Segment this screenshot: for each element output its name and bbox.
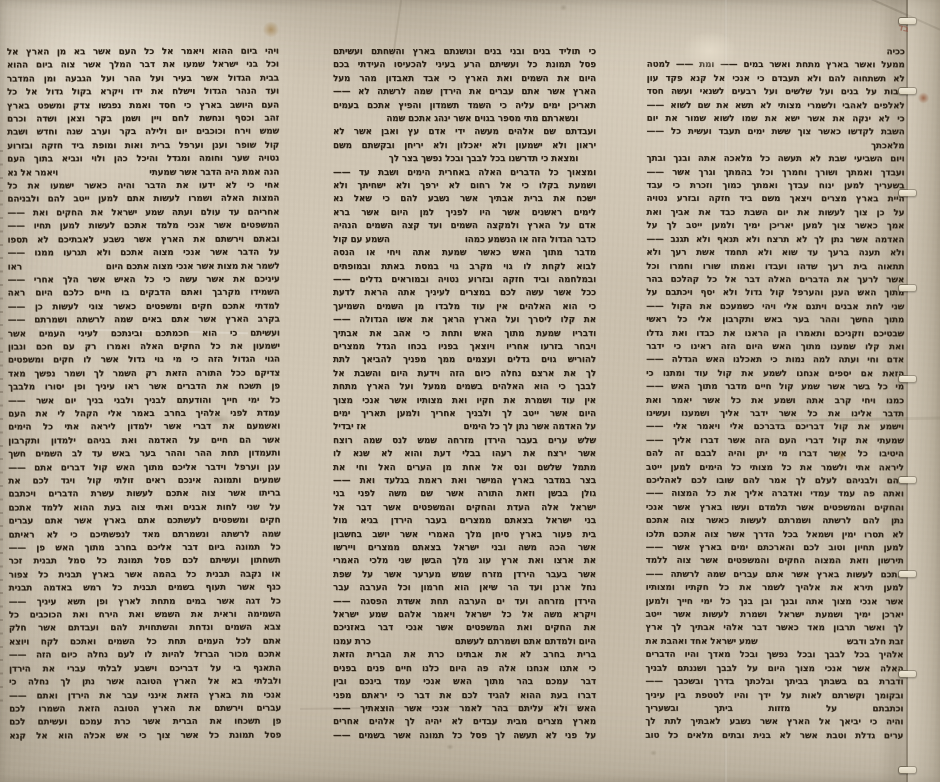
- manuscript-line: אחריהם עד עולם ועתה שמע ישראל את החקים ו…: [7, 206, 279, 220]
- line-segment: ויאמר אל נא: [7, 167, 58, 181]
- manuscript-line: ערים גדלת וטבת אשר לא בנית ובתים מלאים כ…: [645, 729, 903, 743]
- manuscript-line: פסל תמונת כל אשר צוך כי אש אכלה הוא אל ק…: [9, 729, 281, 743]
- manuscript-line: ומצאוך כל הדברים האלה באחרית הימים ושבת …: [333, 167, 596, 180]
- manuscript-line: תאריכן ימים עליה כי השמד תשמדון והפיץ את…: [333, 100, 596, 113]
- manuscript-line: לך את ארצם נחלה כיום הזה וידעת היום והשב…: [333, 368, 596, 381]
- line-segment: הנה אמת היה הדבר אשר שמעתי: [149, 166, 279, 180]
- adjacent-sheet-edge: [908, 0, 940, 782]
- manuscript-line: ישראל אלה העדת והחקים והמשפטים אשר דבר א…: [333, 502, 596, 515]
- manuscript-line: פן תשכחו את הברית אשר כרת עמכם ועשיתם לכ…: [9, 716, 281, 730]
- manuscript-line: גולן בבשן וזאת התורה אשר שם משה לפני בני: [333, 488, 596, 501]
- marginal-mark: בד: [897, 23, 910, 35]
- manuscript-line: בריתו אשר צוה אתכם לעשות עשרת הדברים ויכ…: [8, 488, 280, 502]
- manuscript-line: להוריש גוים גדלים ועצמים ממך מפניך להביא…: [333, 354, 596, 367]
- manuscript-page: ויהי ביום ההוא ויאמר אל כל העם אשר בא מן…: [0, 0, 940, 782]
- manuscript-line: כי תוליד בנים ובני בנים ונושנתם בארץ והש…: [333, 46, 596, 59]
- manuscript-line: כדבר הגדול הזה או הנשמע כמהוהשמע עם קול: [333, 234, 596, 247]
- manuscript-line: ישכח את ברית אבתיך אשר נשבע להם כי שאל נ…: [333, 193, 596, 206]
- manuscript-line: לא תסרו ימין ושמאל בכל הדרך אשר צוה אתכם…: [646, 528, 904, 542]
- manuscript-line: מדבר מתוך האש כאשר שמעת אתה ויחי או הנסה: [333, 247, 596, 260]
- line-segment: זבת חלב ודבש: [847, 636, 904, 650]
- text-column-3: ככיהממעל ואשר בארץ מתחת ואשר במים —— ומת…: [645, 46, 904, 744]
- manuscript-line: האלה אשר אנכי מצוך היום על לבבך ושננתם ל…: [645, 662, 903, 676]
- manuscript-line: שני לחת אבנים ויתנם אלי ויהי כשמעכם את ה…: [646, 300, 904, 314]
- stain-smudge: [446, 744, 454, 750]
- manuscript-line: עברים וירשתם את הארץ הטובה הזאת השמרו לכ…: [9, 702, 281, 716]
- manuscript-line: הנה אמת היה הדבר אשר שמעתיויאמר אל נא: [7, 166, 279, 180]
- line-segment: השמע עם קול: [333, 234, 390, 247]
- manuscript-line: ונשארתם מתי מספר בגוים אשר ינהג אתכם שמה: [333, 113, 596, 126]
- manuscript-line: המשפטים אשר אנכי מלמד אתכם לעשות למען תח…: [7, 220, 279, 234]
- manuscript-line: יראון ולא ישמעון ולא יאכלון ולא יריחן וב…: [333, 140, 596, 153]
- manuscript-line: אשר בעבר הירדן מזרח שמש מערער אשר על שפת: [333, 569, 596, 582]
- manuscript-line: על כן צוך לעשות את יום השבת כבד את אביך …: [646, 207, 904, 221]
- line-segment: על האדמה אשר נתן לך כל הימים: [463, 421, 596, 434]
- manuscript-line: את קלו ליסרך ועל הארץ הראך את אשו הגדולה…: [333, 314, 596, 327]
- manuscript-line: קול שופר וענן וערפל ברית ואות ומופת ביד …: [7, 139, 279, 153]
- manuscript-line: אתכם לעשות בארץ אשר אתם עברים שמה לרשתה …: [646, 569, 904, 583]
- manuscript-line: כל דגה אשר במים מתחת לארץ ופן תשא עיניך …: [9, 595, 281, 609]
- stain-amber: [262, 22, 280, 37]
- manuscript-line: פן תשכח את הדברים אשר ראו עיניך ופן יסור…: [8, 381, 280, 395]
- manuscript-line: ולבלתי בא אל הארץ הטובה אשר נתן לך נחלה …: [9, 676, 281, 690]
- manuscript-line: כי לא ינקה את אשר ישא את שמו לשוא שמור א…: [647, 113, 905, 127]
- manuscript-line: ומצאת כי תדרשנו בכל לבבך ובכל נפשך בצר ל…: [333, 153, 596, 166]
- manuscript-line: לשמר את מצות אשר אנכי מצוה אתכם היוםראו: [8, 260, 280, 274]
- manuscript-line: ממעל ואשר בארץ מתחת ואשר במים —— ומת —— …: [647, 59, 905, 73]
- manuscript-line: היום ולמדתם אתם ושמרתם לעשתםכרת עמנו: [333, 636, 596, 649]
- manuscript-line: בשעריך למען ינוח עבדך ואמתך כמוך וזכרת כ…: [646, 180, 904, 194]
- manuscript-line: ולא תענה ברעך עד שוא ולא תחמד אשת רעך ול…: [646, 247, 904, 261]
- manuscript-line: ישמעון את כל החקים האלה ואמרו רק עם חכם …: [8, 340, 280, 354]
- manuscript-line: אשר הכה משה ובני ישראל בצאתם ממצרים וייר…: [333, 542, 596, 555]
- manuscript-line: כי אתנו אנחנו אלה פה היום כלנו חיים פנים…: [333, 663, 596, 676]
- manuscript-line: ועבדך ואמתך ושורך וחמרך וכל בהמתך וגרך א…: [646, 166, 904, 180]
- manuscript-line: זהב וכסף ונחשת לחם ויין ושמן בקר וצאן וש…: [7, 113, 279, 127]
- manuscript-line: מתוך האש הענן והערפל קול גדול ולא יסף וי…: [646, 287, 904, 301]
- manuscript-line: ככיה: [647, 46, 905, 60]
- manuscript-line: את החקים ואת המשפטים אשר אנכי דבר באזניכ…: [333, 622, 596, 635]
- manuscript-line: שבטיכם וזקניכם ותאמרו הן הראנו את כבדו ו…: [646, 327, 904, 341]
- manuscript-line: עיניכם את אשר עשה כי כל האיש אשר הלך אחר…: [8, 273, 280, 287]
- manuscript-line: כל ימי חייך והודעתם לבניך ולבני בניך יום…: [8, 394, 280, 408]
- manuscript-line: מתוך החשך וההר בער באש ותקרבון אלי כל רא…: [646, 314, 904, 328]
- manuscript-line: לך ואשר תרבון מאד כאשר דבר אלהי אבתיך לך…: [645, 622, 903, 636]
- manuscript-line: על האדמה אשר נתן לך כל הימיםאז יבדיל: [333, 421, 596, 434]
- manuscript-line: תירשון וזאת המצוה החקים והמשפטים אשר צוה…: [646, 555, 904, 569]
- manuscript-line: שלש ערים בעבר הירדן מזרחה שמש לנס שמה רו…: [333, 435, 596, 448]
- manuscript-line: אבות על בנים ועל שלשים ועל רבעים לשנאי ו…: [647, 86, 905, 100]
- manuscript-line: בקרב הארץ אשר אתם באים שמה לרשתה ושמרתם …: [8, 314, 280, 328]
- manuscript-line: אמך כאשר צוך למען יאריכן ימיך ולמען ייטב…: [646, 220, 904, 234]
- manuscript-line: עמדת לפני אלהיך בחרב באמר אלי הקהל לי את…: [8, 407, 280, 421]
- manuscript-line: השמידו מקרבך ואתם הדבקים בו חיים כלכם הי…: [8, 287, 280, 301]
- manuscript-line: נתן להם לרשתה ושמרתם לעשות כאשר צוה אתכם: [646, 515, 904, 529]
- manuscript-line: הירדן מזרחה ועד ים הערבה תחת אשדת הפסגה …: [333, 596, 596, 609]
- manuscript-line: הזאת אם יספים אנחנו לשמע את קול עוד ומתנ…: [646, 367, 904, 381]
- manuscript-line: אתכם מכור הברזל להיות לו לעם נחלה כיום ה…: [9, 649, 281, 663]
- manuscript-line: כנף אשר תעוף בשמים תבנית כל רמש באדמה תב…: [9, 582, 281, 596]
- manuscript-line: ועבדתם שם אלהים מעשה ידי אדם עץ ואבן אשר…: [333, 126, 596, 139]
- manuscript-line: ובקומך וקשרתם לאות על ידך והיו לטטפת בין…: [645, 689, 903, 703]
- manuscript-line: למדתי אתכם חקים ומשפטים כאשר צוני לעשות …: [8, 300, 280, 314]
- manuscript-line: אין עוד ושמרת את חקיו ואת מצותיו אשר אנכ…: [333, 395, 596, 408]
- manuscript-line: בית פעור בארץ סיחן מלך האמרי אשר יושב בח…: [333, 529, 596, 542]
- manuscript-line: אדם על הארץ ולמקצה השמים ועד קצה השמים ה…: [333, 220, 596, 233]
- manuscript-line: והחקים והמשפטים אשר תלמדם ועשו בארץ אשר …: [646, 502, 904, 516]
- ruling-pricks: [0, 150, 3, 710]
- manuscript-line: ואת קלו שמענו מתוך האש היום הזה ראינו כי…: [646, 341, 904, 355]
- manuscript-line: האש ולא עליתם בהר לאמר אנכי אשר הוצאתיך …: [333, 703, 596, 716]
- manuscript-line: אשר לרעך את הדברים האלה דבר אל כל קהלכם …: [646, 274, 904, 288]
- manuscript-line: השבת לקדשו כאשר צוך ששת ימים תעבד ועשית …: [647, 126, 905, 140]
- manuscript-line: ואשמעם את דברי אשר ילמדון ליראה אתי כל ה…: [8, 421, 280, 435]
- manuscript-line: שמש וירח וכוכבים יום ולילה בקר וערב שנה …: [7, 126, 279, 140]
- manuscript-line: שמעים ותמונה אינכם ראים זולתי קול ויגד ל…: [8, 475, 280, 489]
- manuscript-line: ברית בחרב לא את אבתינו כרת את הברית הזאת: [333, 649, 596, 662]
- manuscript-line: המצות האלה ושמרו לעשות אתם למען ייטב להם…: [7, 193, 279, 207]
- manuscript-line: מתמל שלשם ונס אל אחת מן הערים האל וחי את: [333, 462, 596, 475]
- manuscript-line: היית בארץ מצרים ויצאך משם ביד חזקה ובזרע…: [646, 193, 904, 207]
- manuscript-line: על פני לא תעשה לך פסל כל תמונה אשר בשמים…: [333, 730, 596, 743]
- manuscript-line: פסל תמונת כל ועשיתם הרע בעיני להכעיסו הע…: [333, 59, 596, 72]
- manuscript-line: למען תחיון וטוב לכם והארכתם ימים בארץ אש…: [646, 542, 904, 556]
- line-segment: אז יבדיל: [333, 421, 366, 434]
- manuscript-line: וכתבתם על מזזות ביתך ובשעריך: [645, 703, 903, 717]
- manuscript-line: על שני לחות אבנים ואתי צוה בעת ההוא ללמד…: [8, 501, 280, 515]
- manuscript-line: נטויה שער וחומה ומגדל והיכל כהן ולוי ונב…: [7, 153, 279, 167]
- manuscript-line: ועד הנהר הגדול וישלח את ידו ויקרא בקול ג…: [7, 86, 279, 100]
- manuscript-line: יארכן ימיך ושמעת ישראל ושמרת לעשות אשר י…: [646, 609, 904, 623]
- line-segment: שמע ישראל אחד ואהבת את: [645, 636, 757, 650]
- line-segment: לשמר את מצות אשר אנכי מצוה אתכם היום: [106, 260, 280, 274]
- manuscript-line: דבר עמכם בהר מתוך האש אנכי עמד בינכם ובי…: [333, 676, 596, 689]
- manuscript-line: האדמה אשר נתן לך לא תרצח ולא תנאף ולא תג…: [646, 233, 904, 247]
- manuscript-line: אשר הם חיים על האדמה ואת בניהם ילמדון ות…: [8, 434, 280, 448]
- manuscript-line: אדם וחי ועתה למה נמות כי תאכלנו האש הגדל…: [646, 354, 904, 368]
- manuscript-line: צדיקם ככל התורה הזאת רק השמר לך ושמר נפש…: [8, 367, 280, 381]
- manuscript-line: ושמעת בקלו כי אל רחום לא ירפך ולא ישחיתך…: [333, 180, 596, 193]
- manuscript-line: בני ישראל בצאתם ממצרים בעבר הירדן בגיא מ…: [333, 515, 596, 528]
- manuscript-line: ועשיתם כי הוא חכמתכם ובינתכם לעיני העמים…: [8, 327, 280, 341]
- manuscript-line: וכל בני ישראל שמעו את דבר המלך אשר צוה ב…: [7, 59, 279, 73]
- manuscript-line: לאלפים לאהבי ולשמרי מצותי לא תשא את שם ל…: [647, 99, 905, 113]
- manuscript-line: אשר ירצח את רעהו בבלי דעת והוא לא שנא לו: [333, 448, 596, 461]
- manuscript-line: התאנף בי על דבריכם וישבע לבלתי עברי את ה…: [9, 662, 281, 676]
- manuscript-line: וישמע את קול דבריכם בדברכם אלי ויאמר אלי…: [646, 421, 904, 435]
- manuscript-line: אנכי מת בארץ הזאת אינני עבר את הירדן ואת…: [9, 689, 281, 703]
- manuscript-line: ענן וערפל וידבר אליכם מתוך האש קול דברים…: [8, 461, 280, 475]
- manuscript-line: ככל אשר עשה לכם במצרים לעיניך אתה הראת ל…: [333, 287, 596, 300]
- manuscript-line: היום את השמים ואת הארץ כי אבד תאבדון מהר…: [333, 73, 596, 86]
- line-segment: כדבר הגדול הזה או הנשמע כמהו: [465, 234, 596, 247]
- manuscript-line: אשר אנכי מצוך אתה ובנך ובן בנך כל ימי חי…: [646, 595, 904, 609]
- stain-smudge: [650, 750, 657, 756]
- manuscript-line: נחל ארנן ועד הר שיאן הוא חרמון וכל הערבה…: [333, 582, 596, 595]
- manuscript-line: הארץ אשר אתם עברים את הירדן שמה לרשתה לא…: [333, 86, 596, 99]
- manuscript-line: צבא השמים ונדחת והשתחוית להם ועבדתם אשר …: [9, 622, 281, 636]
- manuscript-line: שמעתי את קול דברי העם הזה אשר דברו אליך …: [646, 435, 904, 449]
- manuscript-line: והיה כי יביאך אל הארץ אשר נשבע לאבתיך לת…: [645, 716, 903, 730]
- manuscript-line: ובמלחמה וביד חזקה ובזרוע נטויה ובמוראים …: [333, 274, 596, 287]
- manuscript-line: ודברת בם בשבתך בביתך ובלכתך בדרך ובשכבך …: [645, 676, 903, 690]
- manuscript-line: הגוי הגדול הזה כי מי גוי גדול אשר לו חקי…: [8, 354, 280, 368]
- manuscript-line: לימים ראשנים אשר היו לפניך למן היום אשר …: [333, 207, 596, 220]
- manuscript-line: כי הוא האלהים אין עוד מלבדו מן השמים השמ…: [333, 301, 596, 314]
- line-segment: כרת עמנו: [333, 636, 371, 649]
- manuscript-line: היום אשר ייטב לך ולבניך אחריך ולמען תארי…: [333, 408, 596, 421]
- manuscript-line: ליראה אתי ולשמר את כל מצותי כל הימים למע…: [646, 461, 904, 475]
- manuscript-line: מי כל בשר אשר שמע קול חיים מדבר מתוך האש…: [646, 381, 904, 395]
- manuscript-line: אלהיך בכל לבבך ובכל נפשך ובכל מאדך והיו …: [645, 649, 903, 663]
- manuscript-line: בצר במדבר בארץ המישר ואת ראמת בגלעד ואת …: [333, 475, 596, 488]
- manuscript-line: ואתה פה עמד עמדי ואדברה אליך את כל המצוה…: [646, 488, 904, 502]
- stain-smudge: [560, 4, 567, 11]
- manuscript-line: או נקבה תבנית כל בהמה אשר בארץ תבנית כל …: [9, 568, 281, 582]
- manuscript-line: זבת חלב ודבששמע ישראל אחד ואהבת את: [645, 636, 903, 650]
- manuscript-line: תתאוה בית רעך שדהו ועבדו ואמתו שורו וחמר…: [646, 260, 904, 274]
- manuscript-line: לא תשתחוה להם ולא תעבדם כי אנכי אל קנא פ…: [647, 73, 905, 87]
- manuscript-line: חקים ומשפטים לעשתכם אתם בארץ אשר אתם עבר…: [8, 515, 280, 529]
- text-column-2: כי תוליד בנים ובני בנים ונושנתם בארץ והש…: [333, 46, 596, 743]
- manuscript-line: אחי כי לא ידעו את הדבר והיה כאשר ישמעו א…: [7, 180, 279, 194]
- manuscript-line: ויקרא משה אל כל ישראל ויאמר אלהם שמע ישר…: [333, 609, 596, 622]
- manuscript-line: אתם לכל העמים תחת כל השמים ואתכם לקח ויו…: [9, 635, 281, 649]
- manuscript-line: דברו בעת ההוא להגיד לכם את דבר כי יראתם …: [333, 690, 596, 703]
- manuscript-line: על הדבר אשר אנכי מצוה אתכם ולא תגרעו ממנ…: [7, 247, 279, 261]
- manuscript-line: השמימה וראית את השמש ואת הירח ואת הכוכבי…: [9, 609, 281, 623]
- manuscript-line: ותעמדון תחת ההר וההר בער באש עד לב השמים…: [8, 448, 280, 462]
- manuscript-line: מלאכתך: [647, 140, 905, 154]
- manuscript-line: ויהי ביום ההוא ויאמר אל כל העם אשר בא מן…: [7, 46, 279, 60]
- manuscript-line: תדבר אלינו את כל אשר ידבר אליך ושמענו וע…: [646, 408, 904, 422]
- manuscript-line: מארץ מצרים מבית עבדים לא יהיה לך אלהים א…: [333, 716, 596, 729]
- manuscript-line: למען תירא את אלהיך לשמר את כל חקתיו ומצו…: [646, 582, 904, 596]
- manuscript-line: לבבך כי הוא האלהים בשמים ממעל ועל הארץ מ…: [333, 381, 596, 394]
- manuscript-line: ויבחר בזרעו אחריו ויוצאך בפניו בכחו הגדל…: [333, 341, 596, 354]
- manuscript-line: ובאתם וירשתם את הארץ אשר נשבע לאבתיכם לא…: [7, 233, 279, 247]
- manuscript-line: ויום השביעי שבת לא תעשה כל מלאכה אתה ובנ…: [646, 153, 904, 167]
- manuscript-line: להם ולבניהם לעלם לך אמר להם שובו לכם לאה…: [646, 475, 904, 489]
- text-column-1: ויהי ביום ההוא ויאמר אל כל העם אשר בא מן…: [7, 46, 281, 744]
- manuscript-line: תשחתון ועשיתם לכם פסל תמונת כל סמל תבנית…: [9, 555, 281, 569]
- line-segment: היום ולמדתם אתם ושמרתם לעשתם: [455, 636, 596, 649]
- manuscript-line: ודבריו שמעת מתוך האש ותחת כי אהב את אבתי…: [333, 328, 596, 341]
- manuscript-line: כל תמונה ביום דבר אליכם בחרב מתוך האש פן…: [9, 542, 281, 556]
- manuscript-line: בבית הגדול אשר בעיר ועל ההר ועל הגבעה ומ…: [7, 72, 279, 86]
- manuscript-line: שמה לרשתה ונשמרתם מאד לנפשתיכם כי לא ראי…: [8, 528, 280, 542]
- manuscript-line: את ארצו ואת ארץ עוג מלך הבשן שני מלכי הא…: [333, 555, 596, 568]
- manuscript-line: היטיבו כל אשר דברו מי יתן והיה לבבם זה ל…: [646, 448, 904, 462]
- line-segment: ראו: [8, 261, 22, 274]
- manuscript-line: כמנו ויחי קרב אתה ושמע את כל אשר יאמר וא…: [646, 394, 904, 408]
- manuscript-line: לבוא לקחת לו גוי מקרב גוי במסת באתת ובמו…: [333, 261, 596, 274]
- manuscript-line: העם היושב בארץ כי חסד ואמת נפגשו צדק ומש…: [7, 99, 279, 113]
